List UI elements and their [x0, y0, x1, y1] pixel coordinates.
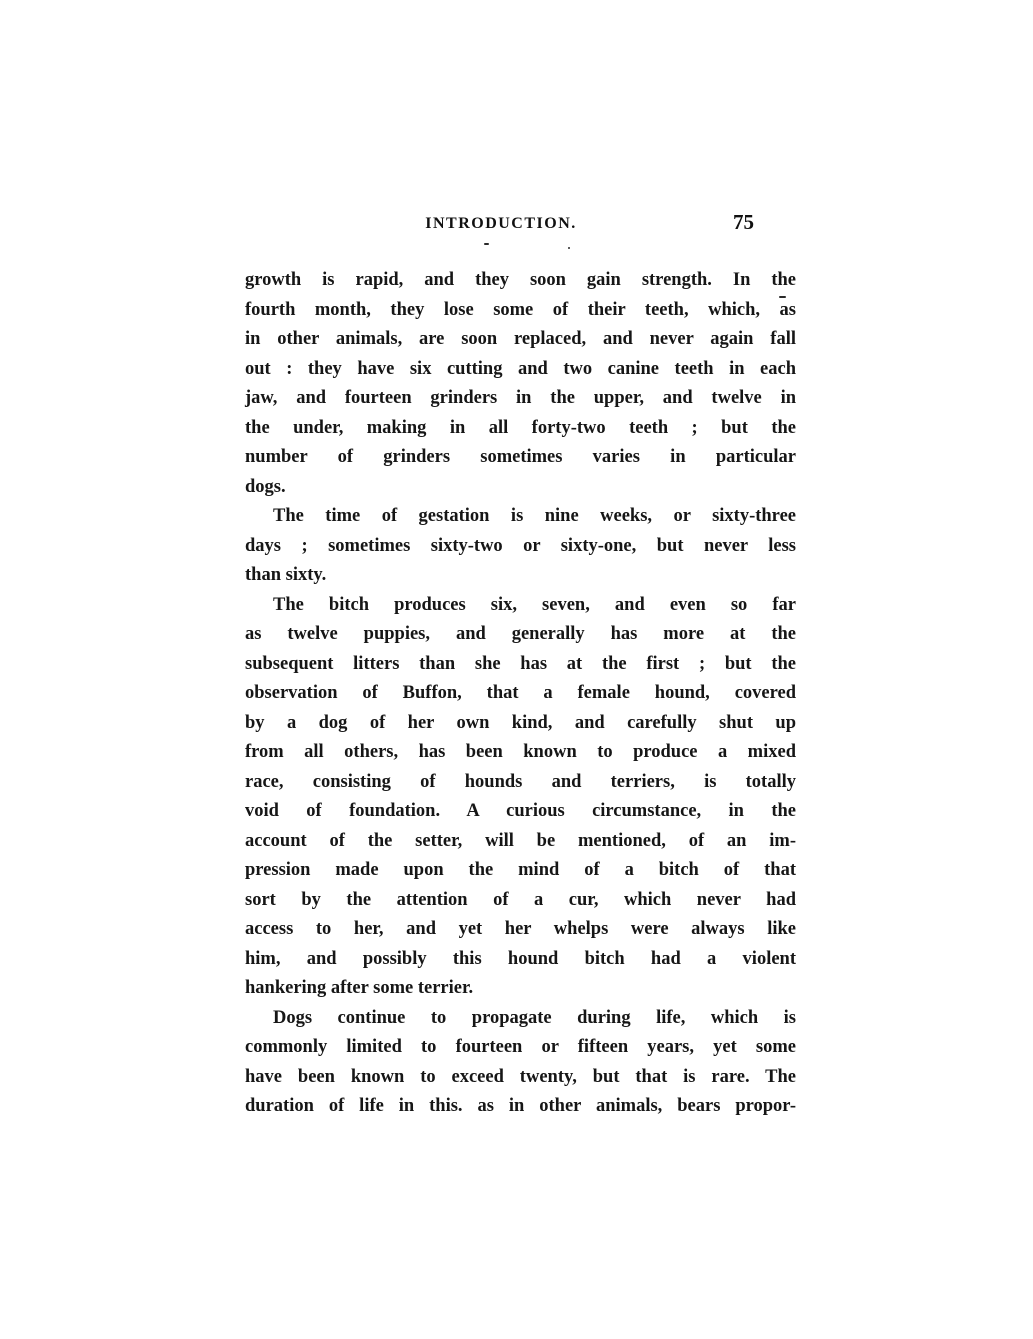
text-line: subsequent litters than she has at the f…	[245, 650, 796, 680]
text-line: access to her, and yet her whelps were a…	[245, 915, 796, 945]
text-line: days ; sometimes sixty-two or sixty-one,…	[245, 532, 796, 562]
text-line: than sixty.	[245, 561, 796, 591]
scan-speck	[779, 296, 786, 298]
text-line: number of grinders sometimes varies in p…	[245, 443, 796, 473]
scan-speck	[484, 243, 489, 245]
paragraph: The time of gestation is nine weeks, or …	[245, 502, 796, 591]
text-line: dogs.	[245, 473, 796, 503]
text-line: The bitch produces six, seven, and even …	[245, 591, 796, 621]
text-line: from all others, has been known to produ…	[245, 738, 796, 768]
body-text-block: growth is rapid, and they soon gain stre…	[245, 266, 796, 1122]
book-page: INTRODUCTION. 75 growth is rapid, and th…	[0, 0, 1033, 1339]
running-head-title: INTRODUCTION.	[245, 214, 757, 233]
text-line: jaw, and fourteen grinders in the upper,…	[245, 384, 796, 414]
text-line: pression made upon the mind of a bitch o…	[245, 856, 796, 886]
paragraph: Dogs continue to propagate during life, …	[245, 1004, 796, 1122]
text-line: account of the setter, will be mentioned…	[245, 827, 796, 857]
text-line: hankering after some terrier.	[245, 974, 796, 1004]
text-line: void of foundation. A curious circumstan…	[245, 797, 796, 827]
scan-speck	[568, 247, 570, 249]
text-line: commonly limited to fourteen or fifteen …	[245, 1033, 796, 1063]
paragraph: The bitch produces six, seven, and even …	[245, 591, 796, 1004]
text-line: observation of Buffon, that a female hou…	[245, 679, 796, 709]
text-line: race, consisting of hounds and terriers,…	[245, 768, 796, 798]
text-line: have been known to exceed twenty, but th…	[245, 1063, 796, 1093]
text-line: fourth month, they lose some of their te…	[245, 296, 796, 326]
text-line: him, and possibly this hound bitch had a…	[245, 945, 796, 975]
paragraph: growth is rapid, and they soon gain stre…	[245, 266, 796, 502]
text-line: out : they have six cutting and two cani…	[245, 355, 796, 385]
text-line: as twelve puppies, and generally has mor…	[245, 620, 796, 650]
page-number: 75	[690, 211, 754, 234]
text-line: The time of gestation is nine weeks, or …	[245, 502, 796, 532]
text-line: sort by the attention of a cur, which ne…	[245, 886, 796, 916]
text-line: the under, making in all forty-two teeth…	[245, 414, 796, 444]
text-line: growth is rapid, and they soon gain stre…	[245, 266, 796, 296]
text-line: by a dog of her own kind, and carefully …	[245, 709, 796, 739]
text-line: in other animals, are soon replaced, and…	[245, 325, 796, 355]
text-line: Dogs continue to propagate during life, …	[245, 1004, 796, 1034]
text-line: duration of life in this. as in other an…	[245, 1092, 796, 1122]
